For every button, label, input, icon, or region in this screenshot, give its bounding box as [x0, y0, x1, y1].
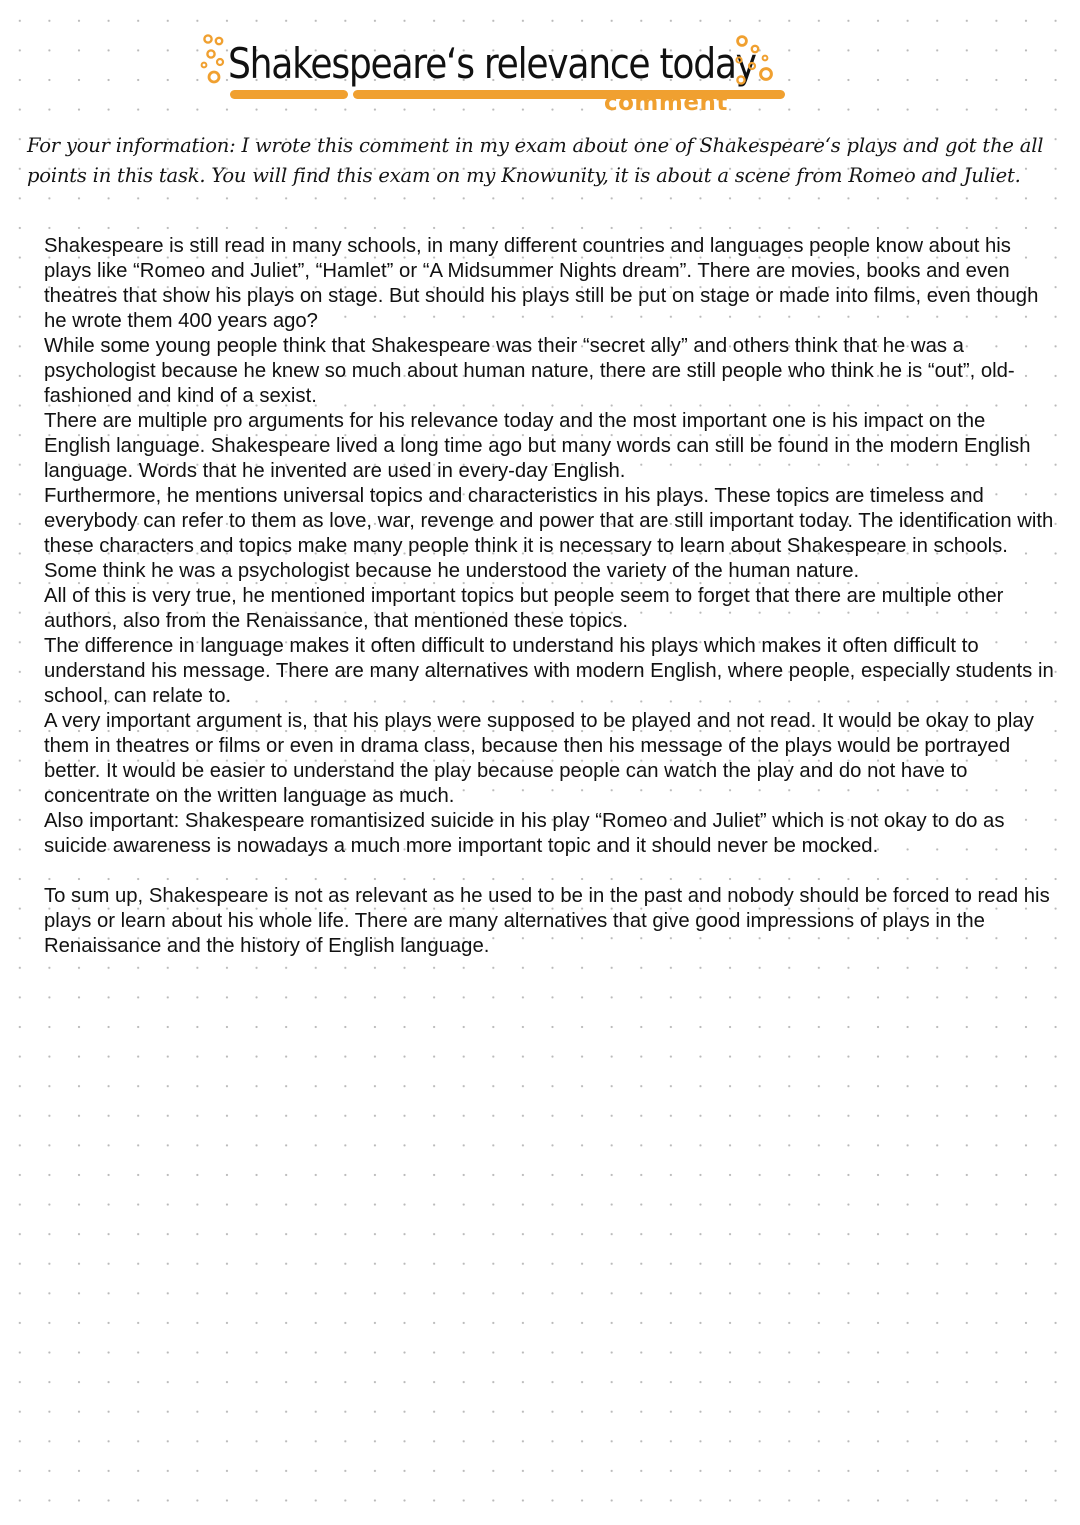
- essay-paragraph: A very important argument is, that his p…: [44, 709, 1054, 809]
- essay-paragraph: Also important: Shakespeare romantisized…: [44, 809, 1054, 859]
- info-note: For your information: I wrote this comme…: [27, 131, 1057, 191]
- essay-paragraph: Shakespeare is still read in many school…: [44, 234, 1054, 334]
- document-page: Shakespeare‘s relevance today comment Fo…: [0, 0, 1080, 1525]
- paragraph-spacer: [44, 859, 1054, 884]
- essay-paragraph: While some young people think that Shake…: [44, 334, 1054, 409]
- essay-paragraph: There are multiple pro arguments for his…: [44, 409, 1054, 484]
- title-block: Shakespeare‘s relevance today comment: [200, 28, 780, 128]
- bubble-circles-right-icon: [735, 34, 775, 94]
- title-underline: [230, 90, 348, 99]
- essay-body: Shakespeare is still read in many school…: [44, 234, 1054, 959]
- page-subtitle: comment: [604, 90, 728, 116]
- essay-paragraph: Furthermore, he mentions universal topic…: [44, 484, 1054, 559]
- essay-paragraph: The difference in language makes it ofte…: [44, 634, 1054, 709]
- page-title: Shakespeare‘s relevance today: [228, 38, 756, 90]
- essay-paragraph: Some think he was a psychologist because…: [44, 559, 1054, 584]
- essay-paragraph: All of this is very true, he mentioned i…: [44, 584, 1054, 634]
- info-note-text: For your information: I wrote this comme…: [27, 131, 1057, 191]
- essay-conclusion: To sum up, Shakespeare is not as relevan…: [44, 884, 1054, 959]
- bubble-circles-left-icon: [200, 34, 230, 94]
